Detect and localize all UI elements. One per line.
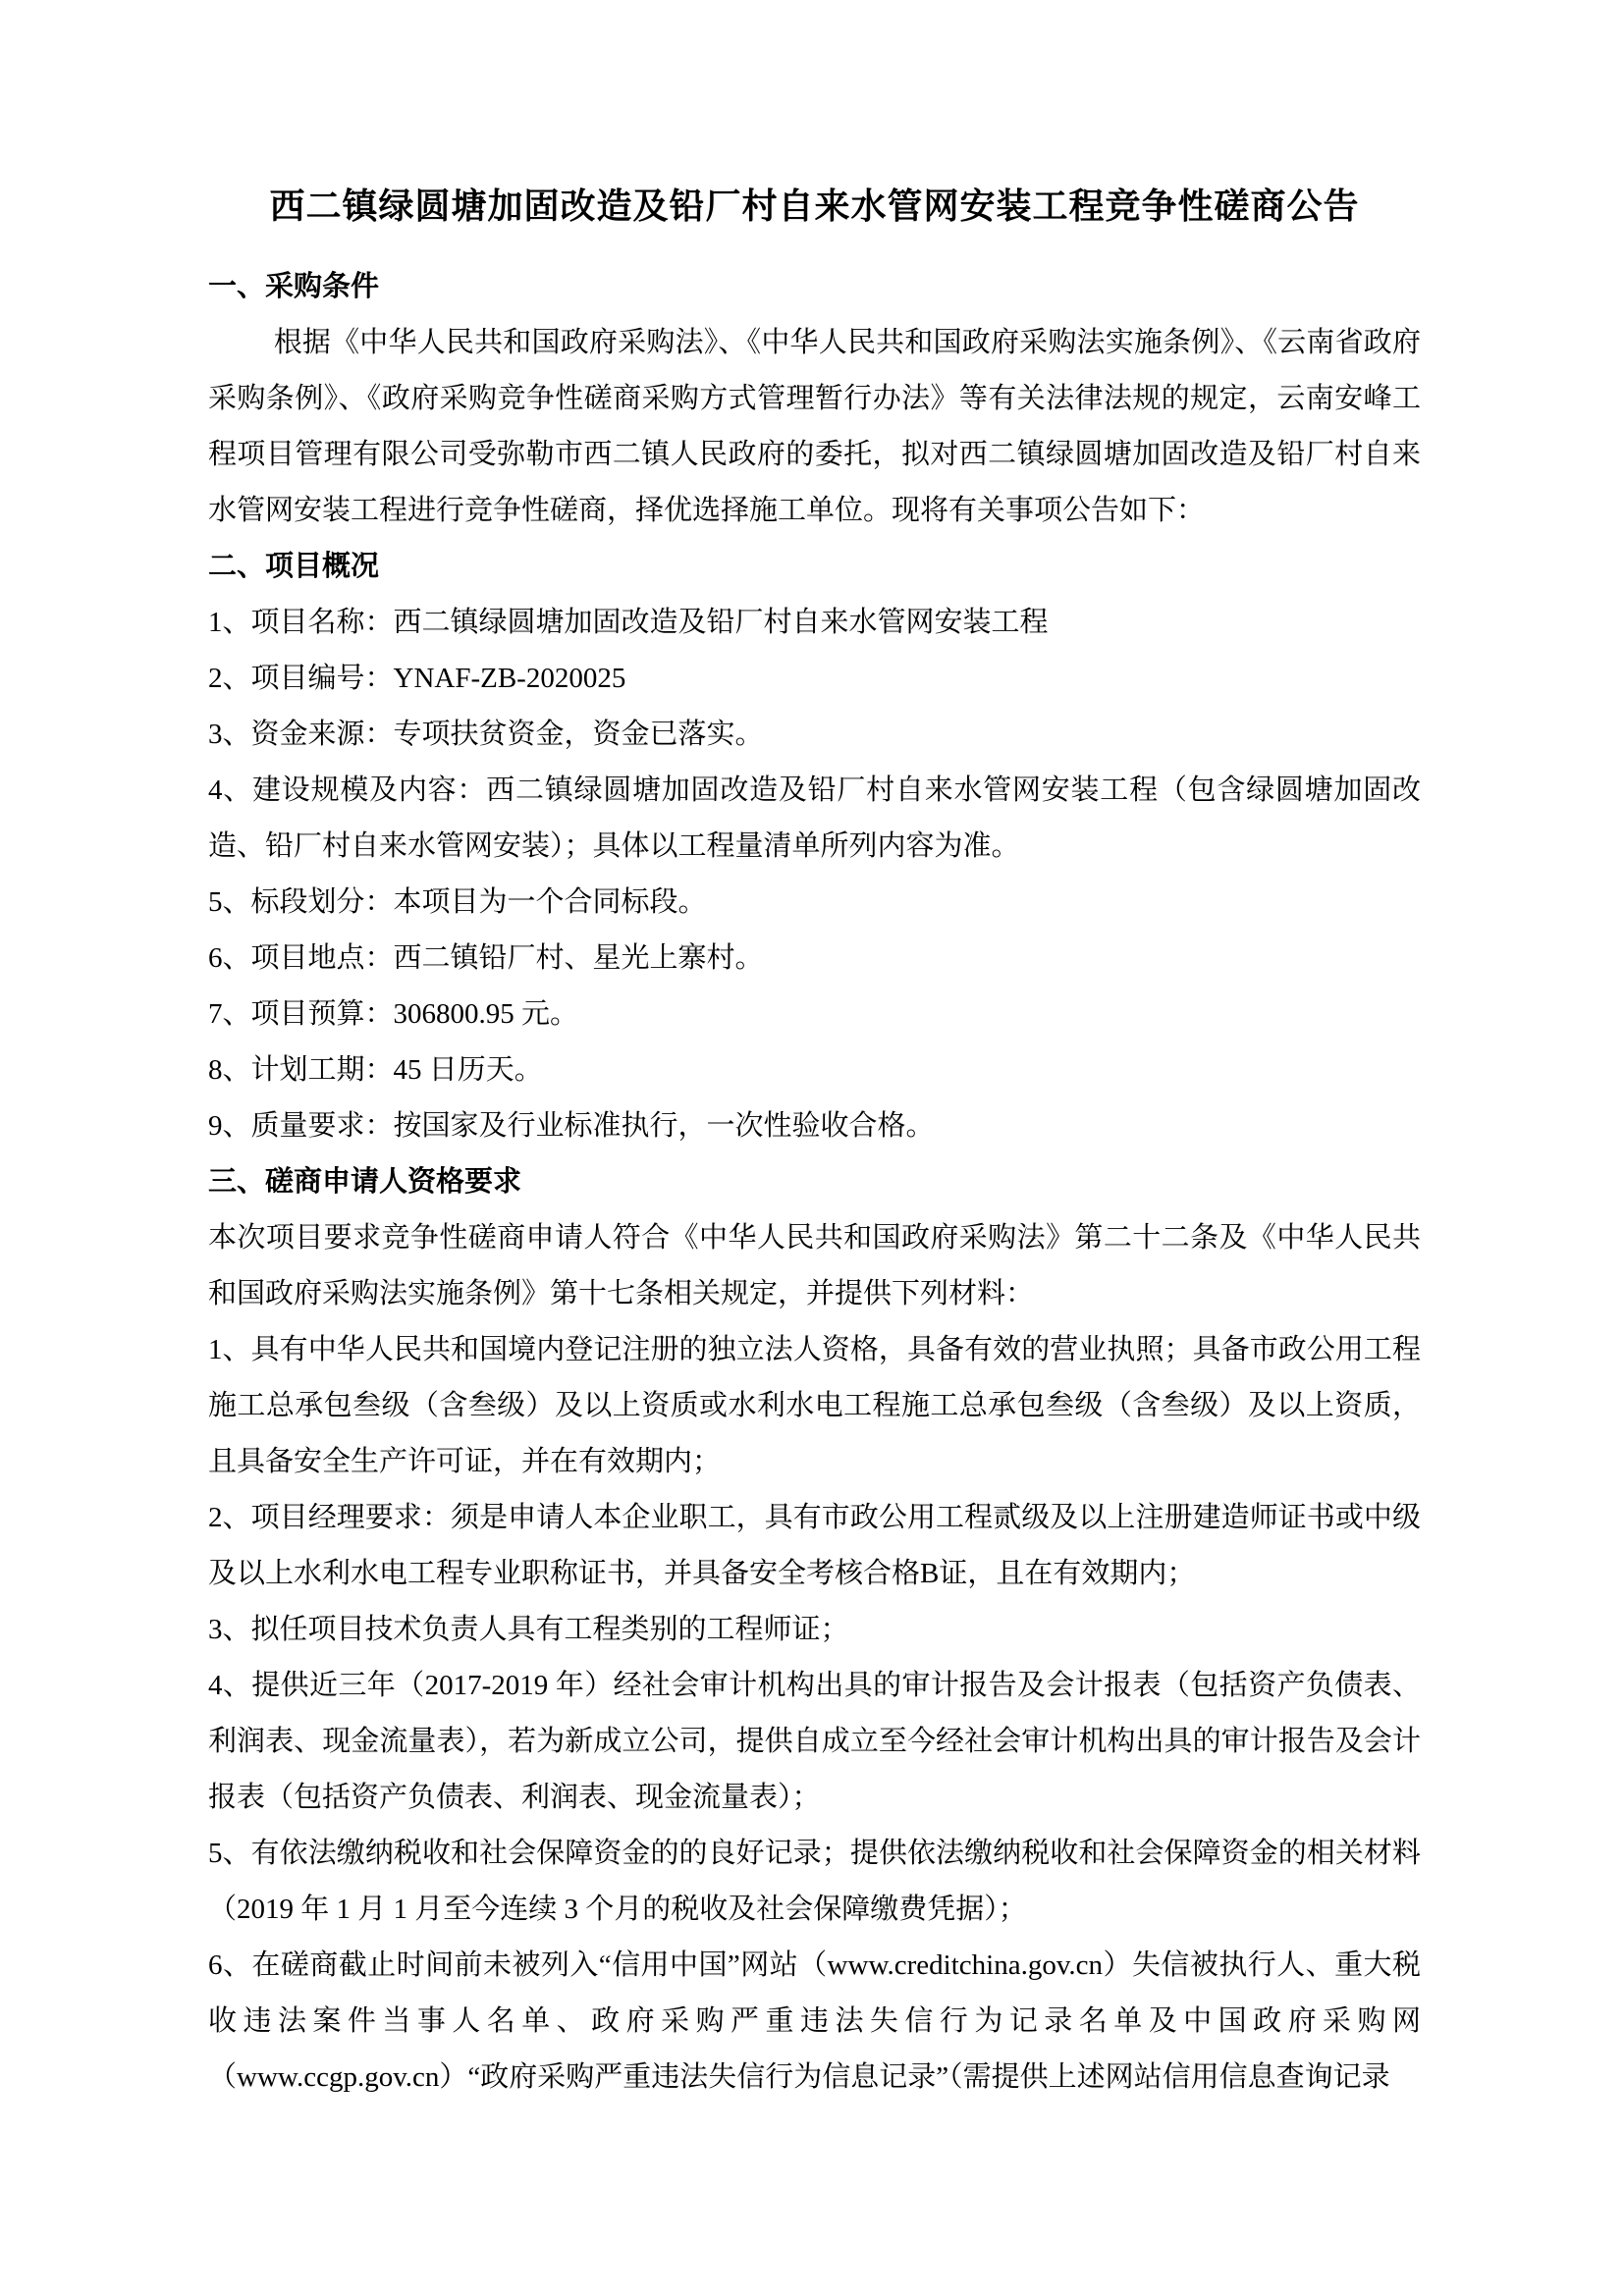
- quality-requirement-item: 9、质量要求：按国家及行业标准执行，一次性验收合格。: [208, 1098, 1421, 1154]
- section1-paragraph: 根据《中华人民共和国政府采购法》、《中华人民共和国政府采购法实施条例》、《云南省…: [208, 315, 1421, 539]
- qualification-item-project-manager: 2、项目经理要求：须是申请人本企业职工，具有市政公用工程贰级及以上注册建造师证书…: [208, 1490, 1421, 1602]
- bid-sections-item: 5、标段划分：本项目为一个合同标段。: [208, 875, 1421, 931]
- funding-source-item: 3、资金来源：专项扶贫资金，资金已落实。: [208, 707, 1421, 763]
- section1-heading: 一、采购条件: [208, 259, 1421, 315]
- section-project-overview: 二、项目概况 1、项目名称：西二镇绿圆塘加固改造及铅厂村自来水管网安装工程 2、…: [208, 539, 1421, 1154]
- qualification-item-tech-lead: 3、拟任项目技术负责人具有工程类别的工程师证；: [208, 1602, 1421, 1658]
- section-procurement-conditions: 一、采购条件 根据《中华人民共和国政府采购法》、《中华人民共和国政府采购法实施条…: [208, 259, 1421, 539]
- page-title: 西二镇绿圆塘加固改造及铅厂村自来水管网安装工程竞争性磋商公告: [208, 187, 1421, 226]
- section3-heading: 三、磋商申请人资格要求: [208, 1154, 1421, 1210]
- project-number-item: 2、项目编号：YNAF-ZB-2020025: [208, 651, 1421, 707]
- section2-heading: 二、项目概况: [208, 539, 1421, 595]
- document-page: 西二镇绿圆塘加固改造及铅厂村自来水管网安装工程竞争性磋商公告 一、采购条件 根据…: [0, 0, 1624, 2296]
- qualification-item-legal-entity: 1、具有中华人民共和国境内登记注册的独立法人资格，具备有效的营业执照；具备市政公…: [208, 1322, 1421, 1490]
- qualification-item-audit-reports: 4、提供近三年（2017-2019 年）经社会审计机构出具的审计报告及会计报表（…: [208, 1658, 1421, 1826]
- planned-duration-item: 8、计划工期：45 日历天。: [208, 1042, 1421, 1098]
- qualification-item-tax-social-security: 5、有依法缴纳税收和社会保障资金的的良好记录；提供依法缴纳税收和社会保障资金的相…: [208, 1826, 1421, 1938]
- project-budget-item: 7、项目预算：306800.95 元。: [208, 987, 1421, 1042]
- scope-content-item: 4、建设规模及内容：西二镇绿圆塘加固改造及铅厂村自来水管网安装工程（包含绿圆塘加…: [208, 763, 1421, 875]
- section3-intro: 本次项目要求竞争性磋商申请人符合《中华人民共和国政府采购法》第二十二条及《中华人…: [208, 1210, 1421, 1322]
- section-applicant-qualifications: 三、磋商申请人资格要求 本次项目要求竞争性磋商申请人符合《中华人民共和国政府采购…: [208, 1154, 1421, 2106]
- project-name-item: 1、项目名称：西二镇绿圆塘加固改造及铅厂村自来水管网安装工程: [208, 595, 1421, 651]
- qualification-item-credit-record: 6、在磋商截止时间前未被列入“信用中国”网站（www.creditchina.g…: [208, 1938, 1421, 2106]
- project-location-item: 6、项目地点：西二镇铅厂村、星光上寨村。: [208, 931, 1421, 987]
